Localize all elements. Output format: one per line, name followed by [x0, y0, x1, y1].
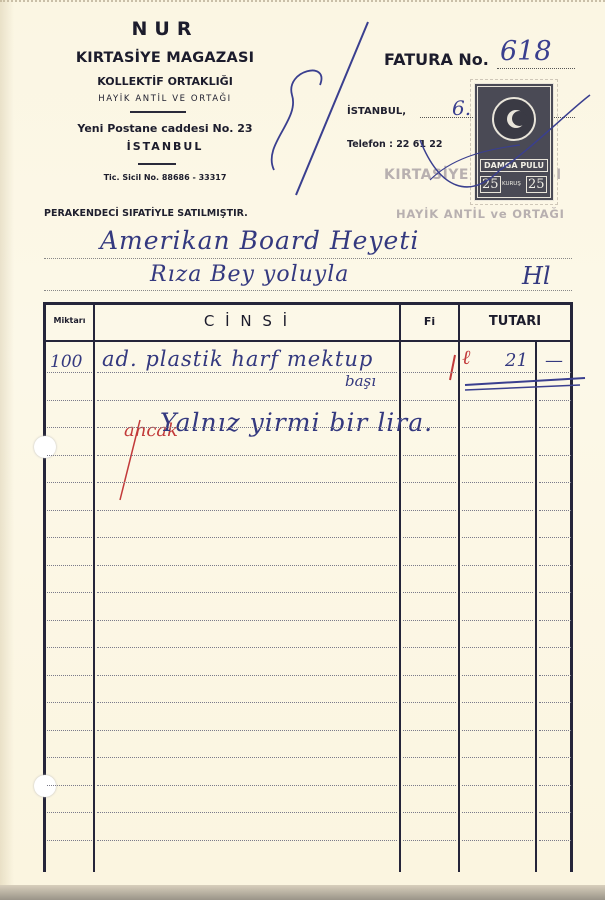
- company-owners: HAYİK ANTİL VE ORTAĞI: [40, 94, 290, 104]
- divider: [130, 111, 186, 113]
- column-divider: [93, 302, 95, 872]
- column-divider: [399, 302, 401, 872]
- phone-number: Telefon : 22 61 22: [347, 139, 442, 150]
- brand-name: NUR: [40, 18, 290, 40]
- customer-initials: Hl: [522, 262, 551, 290]
- row-guide: [97, 702, 397, 703]
- row-guide: [403, 730, 456, 731]
- punch-hole: [34, 775, 56, 797]
- row-guide: [403, 455, 456, 456]
- company-city: İSTANBUL: [40, 140, 290, 153]
- kurus-column-divider: [535, 342, 537, 872]
- row-guide: [462, 702, 533, 703]
- row-guide: [403, 400, 456, 401]
- total-in-words: Yalnız yirmi bir lira.: [160, 408, 433, 437]
- customer-name: Amerikan Board Heyeti: [100, 226, 419, 255]
- customer-line-2: [44, 290, 572, 291]
- item-description: ad. plastik harf mektup: [102, 347, 373, 371]
- row-guide: [462, 400, 533, 401]
- row-guide: [47, 427, 92, 428]
- row-guide: [47, 455, 92, 456]
- row-guide: [539, 785, 571, 786]
- item-quantity: 100: [50, 352, 82, 372]
- customer-via: Rıza Bey yoluyla: [150, 262, 349, 287]
- stamp-value-left: 25: [480, 176, 501, 193]
- row-guide: [462, 427, 533, 428]
- row-guide: [462, 372, 533, 373]
- row-guide: [47, 482, 92, 483]
- column-header-amount: TUTARI: [460, 314, 570, 329]
- row-guide: [462, 455, 533, 456]
- stamp-label: DAMGA PULU: [480, 159, 548, 172]
- row-guide: [47, 647, 92, 648]
- paper-bottom-edge: [0, 885, 605, 900]
- company-name: KIRTASİYE MAGAZASI: [40, 50, 290, 66]
- row-guide: [97, 455, 397, 456]
- row-guide: [462, 482, 533, 483]
- row-guide: [97, 675, 397, 676]
- row-guide: [403, 482, 456, 483]
- row-guide: [97, 785, 397, 786]
- row-guide: [462, 840, 533, 841]
- row-guide: [403, 565, 456, 566]
- row-guide: [539, 482, 571, 483]
- row-guide: [97, 757, 397, 758]
- company-address: Yeni Postane caddesi No. 23: [40, 122, 290, 135]
- row-guide: [403, 757, 456, 758]
- column-header-quantity: Miktarı: [46, 316, 93, 325]
- customer-line-1: [44, 258, 572, 259]
- row-guide: [539, 812, 571, 813]
- row-guide: [403, 812, 456, 813]
- row-guide: [403, 537, 456, 538]
- row-guide: [97, 537, 397, 538]
- paper-shadow: [0, 0, 14, 885]
- row-guide: [462, 785, 533, 786]
- row-guide: [539, 675, 571, 676]
- stamp-value-right: 25: [526, 176, 547, 193]
- row-guide: [403, 372, 456, 373]
- row-guide: [403, 620, 456, 621]
- column-header-description: C İ N S İ: [95, 312, 399, 330]
- row-guide: [97, 840, 397, 841]
- row-guide: [403, 427, 456, 428]
- row-guide: [47, 400, 92, 401]
- row-guide: [47, 620, 92, 621]
- row-guide: [539, 620, 571, 621]
- row-guide: [462, 757, 533, 758]
- crescent-star-emblem-icon: [492, 97, 536, 141]
- row-guide: [462, 620, 533, 621]
- row-guide: [97, 372, 397, 373]
- row-guide: [403, 510, 456, 511]
- row-guide: [403, 675, 456, 676]
- row-guide: [97, 730, 397, 731]
- row-guide: [539, 647, 571, 648]
- row-guide: [97, 647, 397, 648]
- invoice-number-line: [497, 68, 575, 69]
- revenue-stamp: DAMGA PULU 25 KURUŞ 25: [474, 83, 554, 201]
- row-guide: [97, 510, 397, 511]
- items-table: [43, 302, 573, 872]
- row-guide: [47, 565, 92, 566]
- company-stamp-line2: HAYİK ANTİL ve ORTAĞI: [396, 207, 565, 221]
- row-guide: [403, 840, 456, 841]
- row-guide: [462, 812, 533, 813]
- row-guide: [539, 537, 571, 538]
- row-guide: [47, 730, 92, 731]
- currency-mark: ℓ: [462, 345, 470, 370]
- item-amount-kurus: —: [545, 350, 563, 371]
- column-divider: [458, 302, 460, 872]
- row-guide: [47, 592, 92, 593]
- row-guide: [462, 565, 533, 566]
- row-guide: [539, 510, 571, 511]
- invoice-number: 618: [500, 36, 552, 67]
- row-guide: [47, 757, 92, 758]
- row-guide: [47, 785, 92, 786]
- row-guide: [403, 592, 456, 593]
- invoice-date: 6.: [452, 96, 471, 120]
- row-guide: [539, 400, 571, 401]
- row-guide: [539, 455, 571, 456]
- table-header-rule: [43, 340, 573, 342]
- row-guide: [47, 812, 92, 813]
- row-guide: [97, 620, 397, 621]
- row-guide: [97, 592, 397, 593]
- city-label: İSTANBUL,: [347, 106, 406, 117]
- row-guide: [539, 757, 571, 758]
- row-guide: [47, 537, 92, 538]
- row-guide: [403, 647, 456, 648]
- divider: [138, 163, 176, 165]
- row-guide: [47, 675, 92, 676]
- item-amount: 21: [505, 350, 528, 371]
- row-guide: [462, 592, 533, 593]
- row-guide: [47, 840, 92, 841]
- column-header-unit-price: Fi: [401, 315, 458, 328]
- row-guide: [462, 730, 533, 731]
- row-guide: [462, 647, 533, 648]
- row-guide: [97, 812, 397, 813]
- row-guide: [97, 482, 397, 483]
- company-type: KOLLEKTİF ORTAKLIĞI: [40, 75, 290, 88]
- row-guide: [539, 840, 571, 841]
- row-guide: [403, 702, 456, 703]
- row-guide: [97, 427, 397, 428]
- row-guide: [462, 675, 533, 676]
- row-guide: [539, 730, 571, 731]
- row-guide: [47, 510, 92, 511]
- row-guide: [462, 510, 533, 511]
- row-guide: [539, 372, 571, 373]
- invoice-title: FATURA No.: [384, 50, 489, 69]
- row-guide: [97, 400, 397, 401]
- row-guide: [462, 537, 533, 538]
- item-description-cont: başı: [345, 372, 376, 390]
- row-guide: [539, 592, 571, 593]
- row-guide: [539, 565, 571, 566]
- row-guide: [47, 372, 92, 373]
- stamp-unit: KURUŞ: [502, 181, 521, 187]
- retail-notice: PERAKENDECİ SIFATİYLE SATILMIŞTIR.: [44, 208, 248, 219]
- row-guide: [97, 565, 397, 566]
- row-guide: [403, 785, 456, 786]
- row-guide: [539, 427, 571, 428]
- row-guide: [539, 702, 571, 703]
- trade-registry: Tic. Sicil No. 88686 - 33317: [40, 173, 290, 182]
- row-guide: [47, 702, 92, 703]
